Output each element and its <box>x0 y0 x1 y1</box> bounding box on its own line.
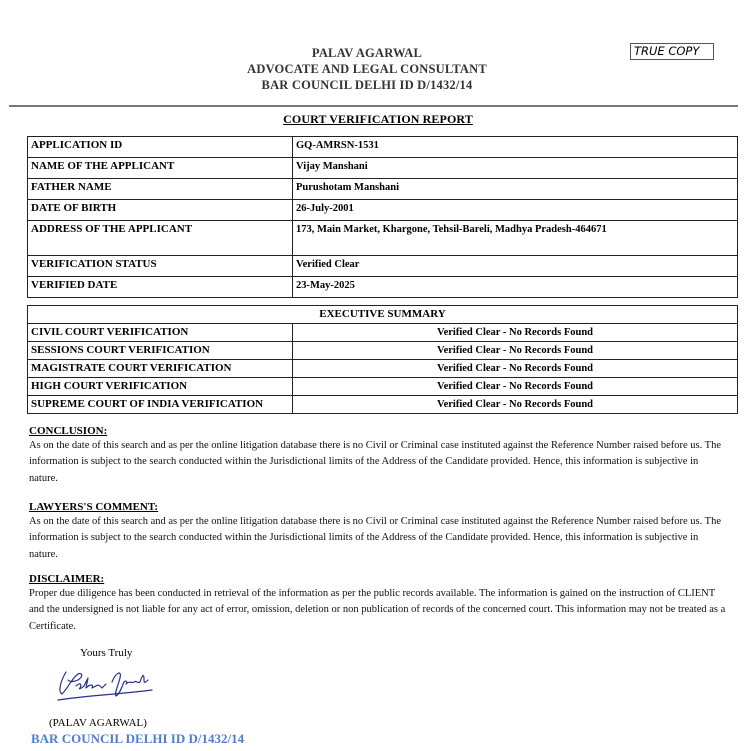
court-label: CIVIL COURT VERIFICATION <box>28 324 293 342</box>
field-label: APPLICATION ID <box>28 137 293 158</box>
executive-summary-table: EXECUTIVE SUMMARY CIVIL COURT VERIFICATI… <box>27 305 738 414</box>
table-row: ADDRESS OF THE APPLICANT 173, Main Marke… <box>28 221 738 256</box>
field-value: 26-July-2001 <box>293 200 738 221</box>
disclaimer-section: DISCLAIMER: Proper due diligence has bee… <box>29 572 729 635</box>
table-row: FATHER NAME Purushotam Manshani <box>28 179 738 200</box>
field-label: ADDRESS OF THE APPLICANT <box>28 221 293 256</box>
court-result: Verified Clear - No Records Found <box>293 342 738 360</box>
table-row: CIVIL COURT VERIFICATION Verified Clear … <box>28 324 738 342</box>
lawyers-comment-heading: LAWYERS'S COMMENT: <box>29 500 729 514</box>
court-label: SESSIONS COURT VERIFICATION <box>28 342 293 360</box>
field-label: FATHER NAME <box>28 179 293 200</box>
table-row: SESSIONS COURT VERIFICATION Verified Cle… <box>28 342 738 360</box>
advocate-bar-id: BAR COUNCIL DELHI ID D/1432/14 <box>0 77 756 93</box>
court-result: Verified Clear - No Records Found <box>293 396 738 414</box>
court-label: HIGH COURT VERIFICATION <box>28 378 293 396</box>
table-row: SUPREME COURT OF INDIA VERIFICATION Veri… <box>28 396 738 414</box>
signatory-name: (PALAV AGARWAL) <box>49 717 147 729</box>
field-value: GQ-AMRSN-1531 <box>293 137 738 158</box>
applicant-info-table: APPLICATION ID GQ-AMRSN-1531 NAME OF THE… <box>27 136 738 298</box>
court-label: SUPREME COURT OF INDIA VERIFICATION <box>28 396 293 414</box>
table-row: HIGH COURT VERIFICATION Verified Clear -… <box>28 378 738 396</box>
table-row: NAME OF THE APPLICANT Vijay Manshani <box>28 158 738 179</box>
field-value: 173, Main Market, Khargone, Tehsil-Barel… <box>293 221 738 256</box>
lawyers-comment-section: LAWYERS'S COMMENT: As on the date of thi… <box>29 500 729 563</box>
signatory-bar-id: BAR COUNCIL DELHI ID D/1432/14 <box>31 731 244 747</box>
field-label: VERIFICATION STATUS <box>28 256 293 277</box>
conclusion-heading: CONCLUSION: <box>29 424 729 438</box>
field-value: Purushotam Manshani <box>293 179 738 200</box>
table-row: APPLICATION ID GQ-AMRSN-1531 <box>28 137 738 158</box>
disclaimer-text: Proper due diligence has been conducted … <box>29 586 729 635</box>
advocate-designation: ADVOCATE AND LEGAL CONSULTANT <box>0 61 756 77</box>
true-copy-stamp: TRUE COPY <box>630 43 714 60</box>
court-result: Verified Clear - No Records Found <box>293 378 738 396</box>
field-value: Vijay Manshani <box>293 158 738 179</box>
lawyers-comment-text: As on the date of this search and as per… <box>29 514 729 563</box>
field-label: NAME OF THE APPLICANT <box>28 158 293 179</box>
table-row: VERIFIED DATE 23-May-2025 <box>28 277 738 298</box>
report-title: COURT VERIFICATION REPORT <box>0 112 756 127</box>
field-value: Verified Clear <box>293 256 738 277</box>
header-divider <box>9 105 738 107</box>
court-result: Verified Clear - No Records Found <box>293 360 738 378</box>
conclusion-section: CONCLUSION: As on the date of this searc… <box>29 424 729 487</box>
table-row: DATE OF BIRTH 26-July-2001 <box>28 200 738 221</box>
court-label: MAGISTRATE COURT VERIFICATION <box>28 360 293 378</box>
field-label: DATE OF BIRTH <box>28 200 293 221</box>
court-result: Verified Clear - No Records Found <box>293 324 738 342</box>
executive-summary-title: EXECUTIVE SUMMARY <box>28 306 738 324</box>
closing-salutation: Yours Truly <box>80 647 132 659</box>
table-header-row: EXECUTIVE SUMMARY <box>28 306 738 324</box>
disclaimer-heading: DISCLAIMER: <box>29 572 729 586</box>
table-row: MAGISTRATE COURT VERIFICATION Verified C… <box>28 360 738 378</box>
field-value: 23-May-2025 <box>293 277 738 298</box>
conclusion-text: As on the date of this search and as per… <box>29 438 729 487</box>
table-row: VERIFICATION STATUS Verified Clear <box>28 256 738 277</box>
field-label: VERIFIED DATE <box>28 277 293 298</box>
signature-icon <box>52 664 162 704</box>
